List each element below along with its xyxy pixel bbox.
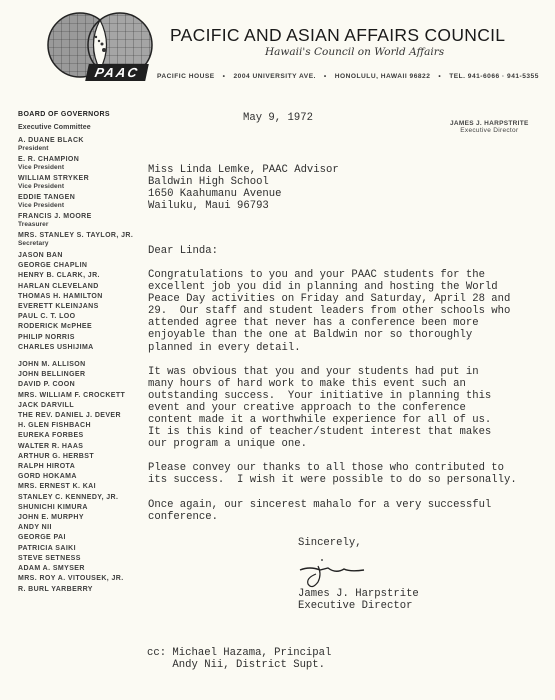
board-member: DAVID P. COON <box>18 380 143 390</box>
board-member: JACK DARVILL <box>18 401 143 411</box>
salutation: Dear Linda: <box>148 245 218 257</box>
letter-paragraph: Congratulations to you and your PAAC stu… <box>148 269 517 354</box>
address-street: 2004 UNIVERSITY AVE. <box>233 73 315 80</box>
officer-role: Vice President <box>18 183 143 190</box>
member-list-1: JASON BANGEORGE CHAPLINHENRY B. CLARK, J… <box>18 251 143 353</box>
officer-role: Vice President <box>18 202 143 209</box>
officer-name: WILLIAM STRYKER <box>18 175 143 182</box>
officer-entry: EDDIE TANGENVice President <box>18 194 143 209</box>
officer-entry: FRANCIS J. MOORETreasurer <box>18 213 143 228</box>
board-member: GEORGE PAI <box>18 533 143 543</box>
letter-paragraph: Please convey our thanks to all those wh… <box>148 462 517 486</box>
board-member: JOHN BELLINGER <box>18 370 143 380</box>
board-member: HARLAN CLEVELAND <box>18 282 143 292</box>
officer-name: E. R. CHAMPION <box>18 156 143 163</box>
board-member: HENRY B. CLARK, JR. <box>18 271 143 281</box>
officer-name: FRANCIS J. MOORE <box>18 213 143 220</box>
officer-role: Vice President <box>18 164 143 171</box>
board-member: JASON BAN <box>18 251 143 261</box>
officer-name: A. DUANE BLACK <box>18 137 143 144</box>
board-member: GEORGE CHAPLIN <box>18 261 143 271</box>
board-member: PATRICIA SAIKI <box>18 544 143 554</box>
signer-name-title: James J. Harpstrite Executive Director <box>298 588 419 612</box>
address-phone: TEL. 941-6066 · 941-5355 <box>449 73 539 80</box>
paac-logo-label: PAAC <box>85 64 149 81</box>
recipient-address: Miss Linda Lemke, PAAC Advisor Baldwin H… <box>148 164 339 212</box>
officer-role: President <box>18 145 143 152</box>
address-building: PACIFIC HOUSE <box>157 73 215 80</box>
organization-address: PACIFIC HOUSE•2004 UNIVERSITY AVE.•HONOL… <box>157 73 539 80</box>
officer-list: A. DUANE BLACKPresidentE. R. CHAMPIONVic… <box>18 137 143 247</box>
board-member: PHILIP NORRIS <box>18 333 143 343</box>
director-title: Executive Director <box>450 127 529 134</box>
board-member: STANLEY C. KENNEDY, JR. <box>18 493 143 503</box>
letter-date: May 9, 1972 <box>243 112 313 124</box>
board-member: JOHN E. MURPHY <box>18 513 143 523</box>
board-member: JOHN M. ALLISON <box>18 360 143 370</box>
executive-committee-heading: Executive Committee <box>18 124 143 131</box>
board-member: ARTHUR G. HERBST <box>18 452 143 462</box>
officer-entry: E. R. CHAMPIONVice President <box>18 156 143 171</box>
board-member: THE REV. DANIEL J. DEVER <box>18 411 143 421</box>
board-member: EVERETT KLEINJANS <box>18 302 143 312</box>
letter-body: Congratulations to you and your PAAC stu… <box>148 269 517 535</box>
closing: Sincerely, <box>298 537 362 549</box>
address-city: HONOLULU, HAWAII 96822 <box>335 73 431 80</box>
carbon-copy-list: cc: Michael Hazama, Principal Andy Nii, … <box>147 647 331 671</box>
organization-tagline: Hawaii's Council on World Affairs <box>265 46 444 58</box>
board-member: THOMAS H. HAMILTON <box>18 292 143 302</box>
board-member: ADAM A. SMYSER <box>18 564 143 574</box>
officer-entry: A. DUANE BLACKPresident <box>18 137 143 152</box>
board-member: GORD HOKAMA <box>18 472 143 482</box>
officer-name: MRS. STANLEY S. TAYLOR, JR. <box>18 232 143 239</box>
board-member: CHARLES USHIJIMA <box>18 343 143 353</box>
officer-name: EDDIE TANGEN <box>18 194 143 201</box>
member-list-2: JOHN M. ALLISONJOHN BELLINGERDAVID P. CO… <box>18 360 143 595</box>
board-member: STEVE SETNESS <box>18 554 143 564</box>
board-member: MRS. ERNEST K. KAI <box>18 482 143 492</box>
board-member: RODERICK McPHEE <box>18 322 143 332</box>
board-member: ANDY NII <box>18 523 143 533</box>
organization-name: PACIFIC AND ASIAN AFFAIRS COUNCIL <box>170 25 505 46</box>
board-member: PAUL C. T. LOO <box>18 312 143 322</box>
board-member: MRS. ROY A. VITOUSEK, JR. <box>18 574 143 584</box>
board-heading: BOARD OF GOVERNORS <box>18 111 143 118</box>
letter-paragraph: It was obvious that you and your student… <box>148 366 517 451</box>
director-name: JAMES J. HARPSTRITE <box>450 120 529 127</box>
board-member: SHUNICHI KIMURA <box>18 503 143 513</box>
officer-role: Secretary <box>18 240 143 247</box>
officer-entry: MRS. STANLEY S. TAYLOR, JR.Secretary <box>18 232 143 247</box>
board-member: MRS. WILLIAM F. CROCKETT <box>18 391 143 401</box>
board-of-governors: BOARD OF GOVERNORS Executive Committee A… <box>18 111 143 595</box>
officer-role: Treasurer <box>18 221 143 228</box>
director-header: JAMES J. HARPSTRITE Executive Director <box>450 120 529 134</box>
board-member: RALPH HIROTA <box>18 462 143 472</box>
board-member: R. BURL YARBERRY <box>18 585 143 595</box>
board-member: EUREKA FORBES <box>18 431 143 441</box>
board-member: H. GLEN FISHBACH <box>18 421 143 431</box>
board-member: WALTER R. HAAS <box>18 442 143 452</box>
officer-entry: WILLIAM STRYKERVice President <box>18 175 143 190</box>
letter-paragraph: Once again, our sincerest mahalo for a v… <box>148 499 517 523</box>
